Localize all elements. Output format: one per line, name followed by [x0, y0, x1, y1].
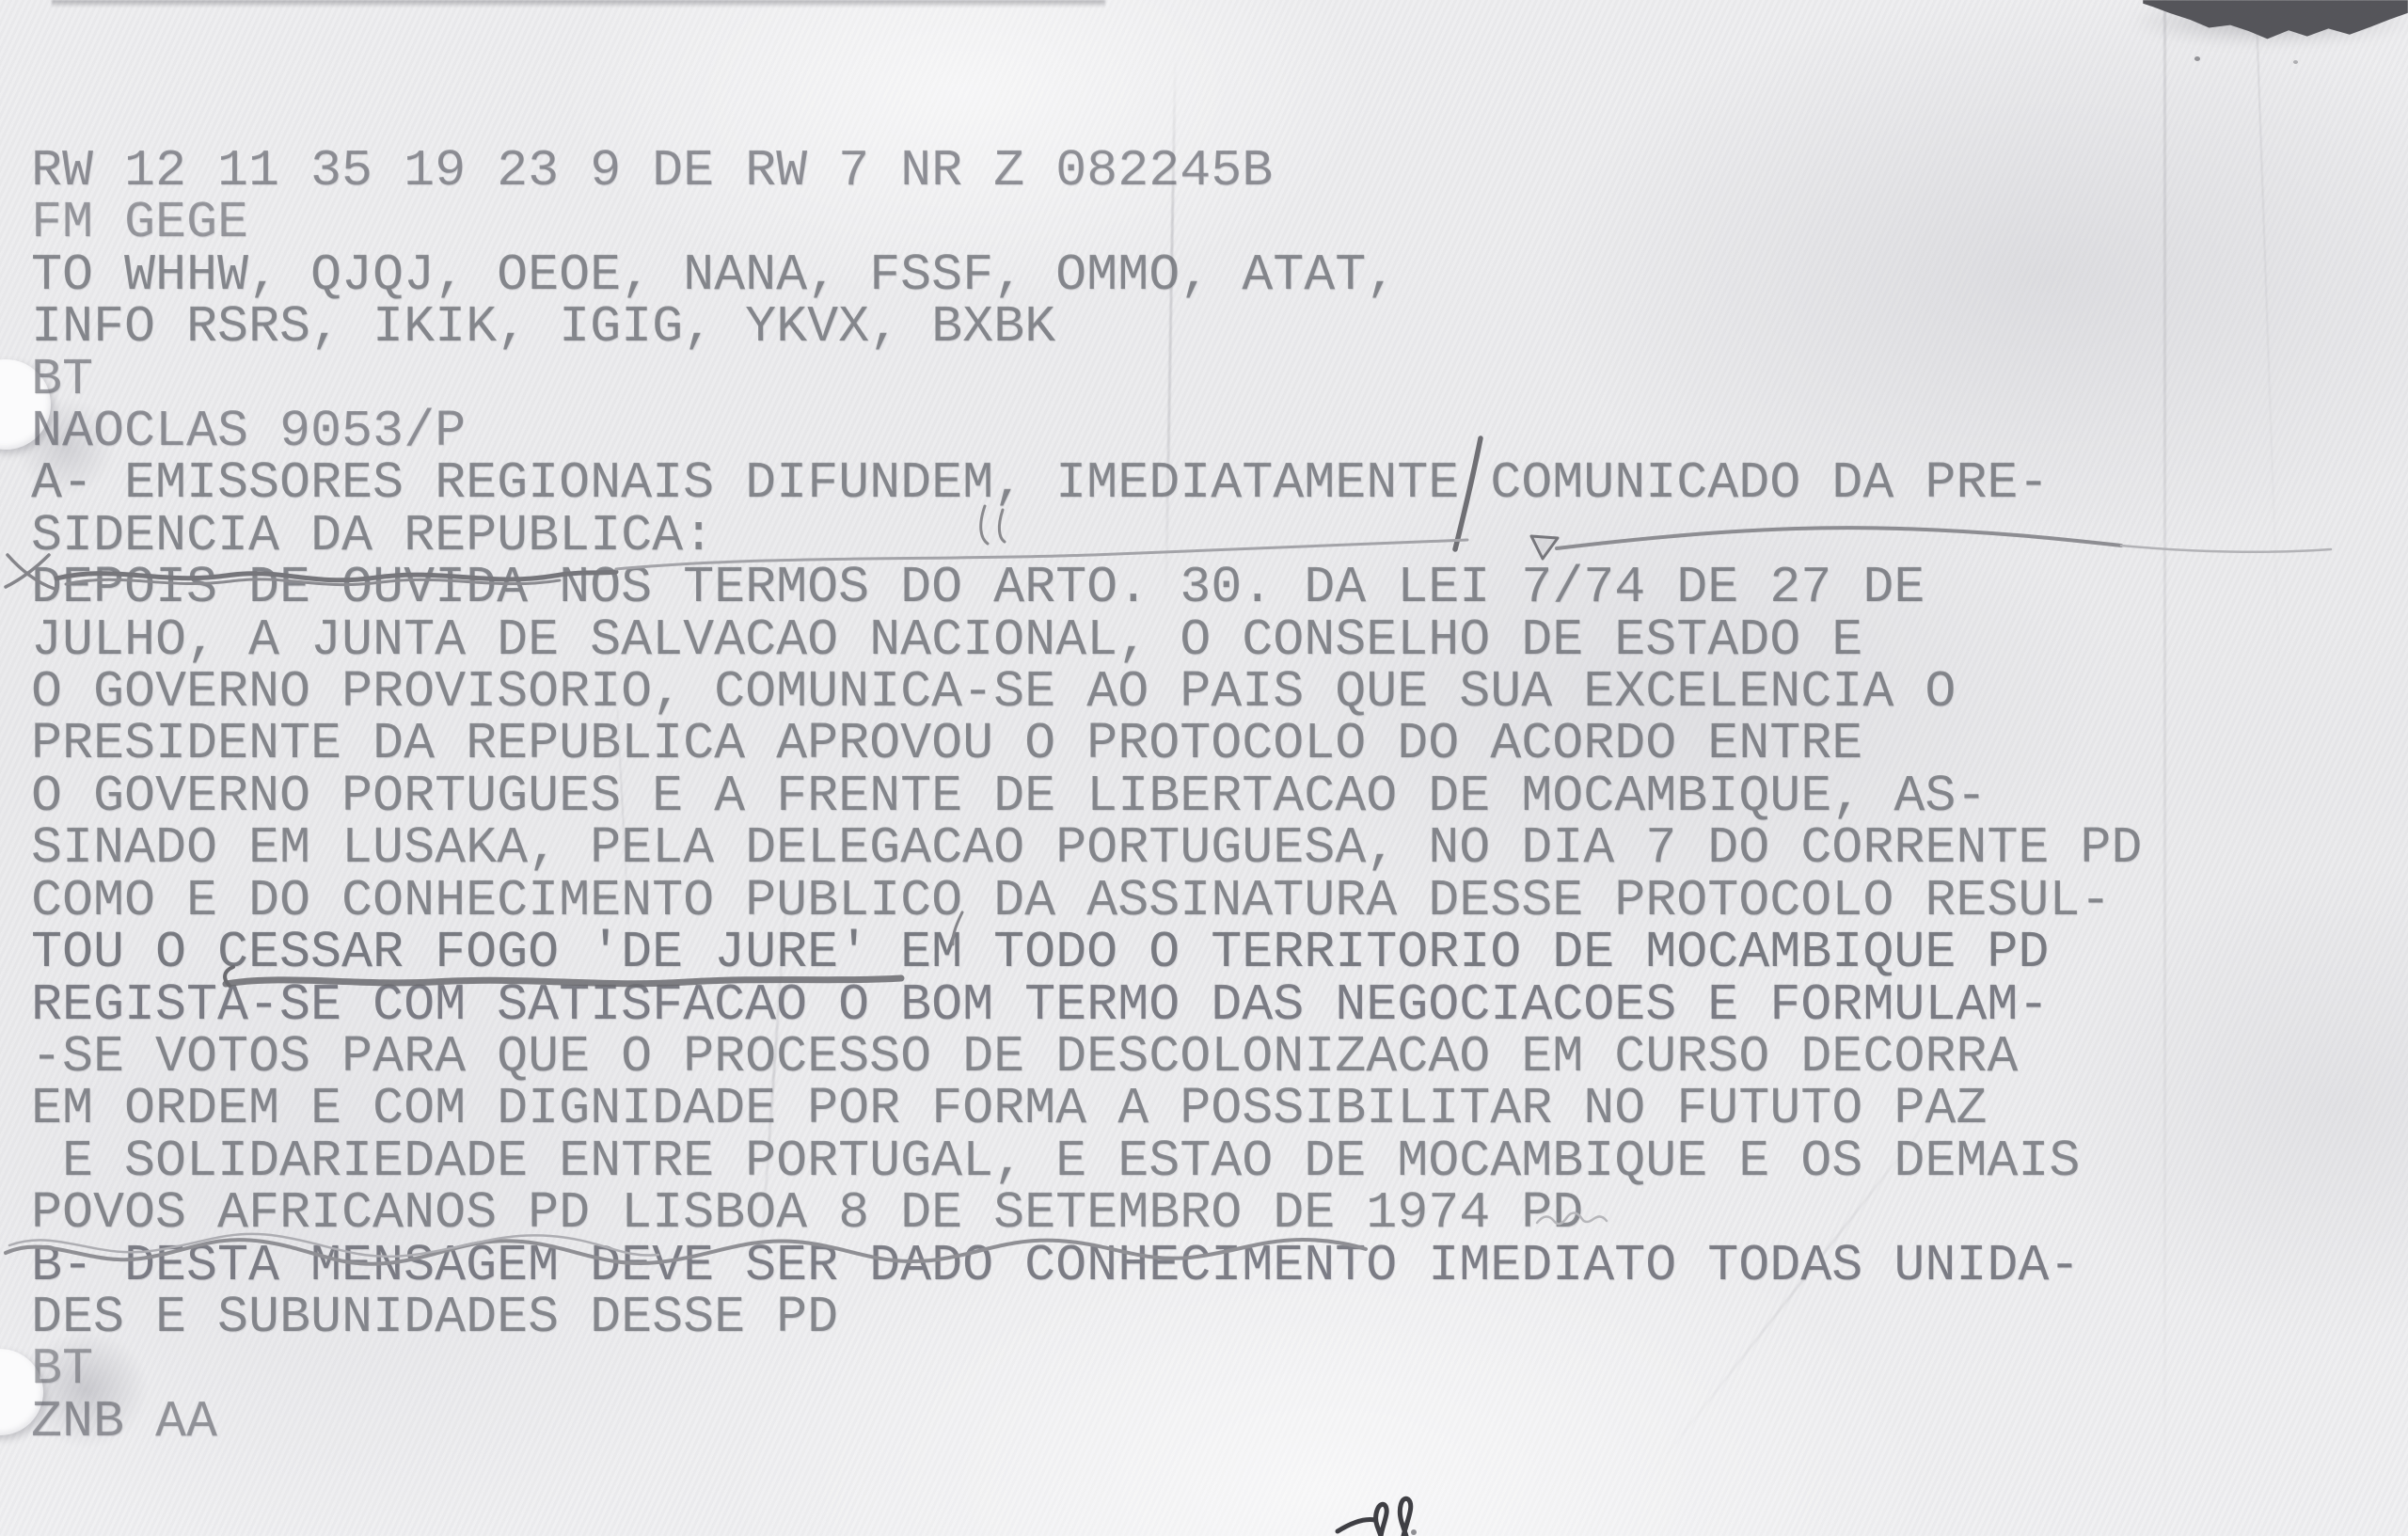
telegram-line: INFO RSRS, IKIK, IGIG, YKVX, BXBK: [31, 301, 2142, 353]
paper-crease: [2163, 0, 2166, 1536]
telegram-line: O GOVERNO PROVISORIO, COMUNICA-SE AO PAI…: [31, 666, 2142, 718]
paper-speck: [2194, 56, 2200, 61]
telegram-line: DEPOIS DE OUVIDA NOS TERMOS DO ARTO. 30.…: [31, 562, 2142, 613]
telegram-line: BT: [31, 354, 2142, 405]
pen-scribble-stroke3: [1400, 1498, 1410, 1536]
telegram-line: SIDENCIA DA REPUBLICA:: [31, 510, 2142, 562]
telegram-line: ZNB AA: [31, 1396, 2142, 1448]
telegram-page: RW 12 11 35 19 23 9 DE RW 7 NR Z 082245B…: [0, 0, 2408, 1536]
telegram-line: TO WHHW, QJQJ, OEOE, NANA, FSSF, OMMO, A…: [31, 249, 2142, 301]
telegram-line: EM ORDEM E COM DIGNIDADE POR FORMA A POS…: [31, 1083, 2142, 1134]
telegram-line: POVOS AFRICANOS PD LISBOA 8 DE SETEMBRO …: [31, 1187, 2142, 1239]
telegram-line: NAOCLAS 9053/P: [31, 405, 2142, 457]
telegram-line: COMO E DO CONHECIMENTO PUBLICO DA ASSINA…: [31, 875, 2142, 926]
telegram-line: PRESIDENTE DA REPUBLICA APROVOU O PROTOC…: [31, 718, 2142, 769]
pen-scribble-stroke2: [1376, 1504, 1386, 1536]
telegram-text: RW 12 11 35 19 23 9 DE RW 7 NR Z 082245B…: [31, 145, 2142, 1448]
paper-top-edge-shadow: [52, 0, 1105, 8]
paper-speck: [2293, 60, 2298, 64]
telegram-line: SINADO EM LUSAKA, PELA DELEGACAO PORTUGU…: [31, 822, 2142, 874]
telegram-line: E SOLIDARIEDADE ENTRE PORTUGAL, E ESTAO …: [31, 1135, 2142, 1187]
telegram-line: RW 12 11 35 19 23 9 DE RW 7 NR Z 082245B: [31, 145, 2142, 197]
pencil-underline-right-tail: [2121, 546, 2331, 552]
telegram-line: -SE VOTOS PARA QUE O PROCESSO DE DESCOLO…: [31, 1031, 2142, 1083]
paper-speck: [1411, 1529, 1417, 1535]
telegram-line: FM GEGE: [31, 197, 2142, 248]
telegram-line: DES E SUBUNIDADES DESSE PD: [31, 1291, 2142, 1343]
telegram-line: BT: [31, 1343, 2142, 1395]
telegram-line: O GOVERNO PORTUGUES E A FRENTE DE LIBERT…: [31, 770, 2142, 822]
telegram-line: B- DESTA MENSAGEM DEVE SER DADO CONHECIM…: [31, 1240, 2142, 1291]
telegram-line: TOU O CESSAR FOGO 'DE JURE' EM TODO O TE…: [31, 926, 2142, 978]
telegram-line: REGISTA-SE COM SATISFACAO O BOM TERMO DA…: [31, 979, 2142, 1031]
telegram-line: JULHO, A JUNTA DE SALVACAO NACIONAL, O C…: [31, 614, 2142, 666]
telegram-line: A- EMISSORES REGIONAIS DIFUNDEM, IMEDIAT…: [31, 457, 2142, 509]
pen-scribble-stroke1: [1338, 1520, 1375, 1532]
paper-crease: [2256, 17, 2280, 675]
